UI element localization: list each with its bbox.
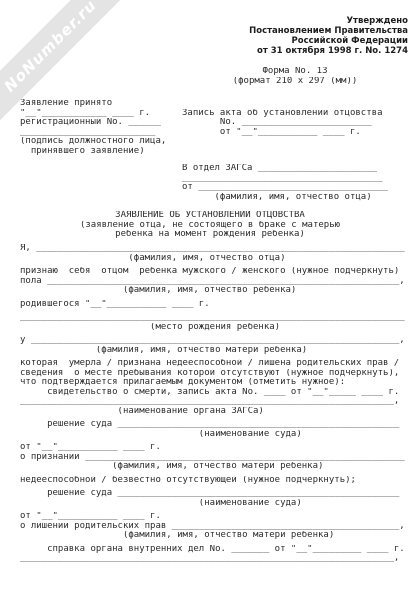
act-record-block: Запись акта об установлении отцовства No… bbox=[182, 109, 412, 138]
top-section: Заявление принято "__"____________ ____ … bbox=[20, 99, 412, 202]
child-name-caption: (фамилия, имя, отчество ребенка) bbox=[20, 286, 414, 296]
zags-addressee-block: В отдел ЗАГСа ______________________ ___… bbox=[182, 164, 412, 202]
form-subtitle: (заявление отца, не состоящего в браке с… bbox=[14, 221, 406, 231]
mother-name-caption: (фамилия, имя, отчество матери ребенка) bbox=[20, 346, 414, 356]
signature-field: _________________________ bbox=[20, 128, 182, 138]
parental-rights-field: о лишении родительских прав ____________… bbox=[20, 522, 414, 532]
father-name-caption: (фамилия, имя, отчество отца) bbox=[20, 254, 414, 264]
form-number: Форма No. 13 bbox=[190, 67, 400, 77]
form-title-block: ЗАЯВЛЕНИЕ ОБ УСТАНОВЛЕНИИ ОТЦОВСТВА (зая… bbox=[14, 211, 406, 240]
police-authority-field: ________________________________________… bbox=[20, 554, 414, 564]
birthplace-field: ________________________________________… bbox=[20, 313, 414, 323]
death-certificate-field: свидетельство о смерти, запись акта No. … bbox=[20, 388, 414, 398]
paternity-statement-line: признаю себя отцом ребенка мужского / же… bbox=[20, 267, 414, 277]
document-page: NoNumber.ru Утверждено Постановлением Пр… bbox=[0, 0, 420, 600]
acceptance-date-field: "__"____________ ____ г. bbox=[20, 109, 182, 119]
zags-office-field: В отдел ЗАГСа ______________________ bbox=[182, 164, 412, 174]
father-name-field: Я, _____________________________________… bbox=[20, 244, 414, 254]
court-name-caption: (наименование суда) bbox=[20, 499, 414, 509]
court-decision-date-field: от "__"___________ ____ г. bbox=[20, 443, 414, 453]
court-name-caption: (наименование суда) bbox=[20, 430, 414, 440]
act-record-number-field: No. ________________________ bbox=[182, 118, 412, 128]
court-decision-field: решение суда ___________________________… bbox=[20, 489, 414, 499]
approval-line: Утверждено bbox=[249, 16, 408, 26]
mother-name-field: у ______________________________________… bbox=[20, 336, 414, 346]
approval-line: от 31 октября 1998 г. No. 1274 bbox=[249, 46, 408, 56]
watermark-text: NoNumber.ru bbox=[0, 0, 99, 95]
form-subtitle: ребенка на момент рождения ребенка) bbox=[14, 230, 406, 240]
court-decision-field: решение суда ___________________________… bbox=[20, 420, 414, 430]
recognition-field: о признании ____________________________… bbox=[20, 453, 414, 463]
zags-authority-field: ________________________________________… bbox=[20, 397, 414, 407]
mother-name-caption: (фамилия, имя, отчество матери ребенка) bbox=[20, 531, 414, 541]
applicant-name-caption: (фамилия, имя, отчество отца) bbox=[182, 193, 412, 203]
zags-authority-caption: (наименование органа ЗАГСа) bbox=[20, 407, 414, 417]
child-name-field: пола ___________________________________… bbox=[20, 277, 414, 287]
police-certificate-field: справка органа внутренних дел No. ______… bbox=[20, 545, 414, 555]
incapacity-line: недееспособной / безвестно отсутствующей… bbox=[20, 476, 414, 486]
top-right-column: Запись акта об установлении отцовства No… bbox=[182, 109, 412, 203]
mother-status-line: которая умерла / признана недееспособной… bbox=[20, 359, 414, 369]
birthplace-caption: (место рождения ребенка) bbox=[20, 323, 414, 333]
acceptance-block: Заявление принято "__"____________ ____ … bbox=[20, 99, 182, 202]
signature-caption: (подпись должностного лица, bbox=[20, 137, 182, 147]
approval-header: Утверждено Постановлением Правительства … bbox=[249, 16, 408, 56]
form-title: ЗАЯВЛЕНИЕ ОБ УСТАНОВЛЕНИИ ОТЦОВСТВА bbox=[14, 211, 406, 221]
signature-caption: принявшего заявление) bbox=[20, 147, 182, 157]
approval-line: Постановлением Правительства bbox=[249, 26, 408, 36]
mother-name-caption: (фамилия, имя, отчество матери ребенка) bbox=[20, 462, 414, 472]
form-body: Я, _____________________________________… bbox=[20, 244, 414, 564]
child-birthdate-field: родившегося "__"___________ ____ г. bbox=[20, 300, 414, 310]
applicant-name-field: от ___________________________________ bbox=[182, 183, 412, 193]
act-record-date-field: от "__"___________ ____ г. bbox=[182, 128, 412, 138]
form-number-block: Форма No. 13 (формат 210 x 297 (мм)) bbox=[190, 67, 400, 86]
court-decision-date-field: от "__"___________ ____ г. bbox=[20, 512, 414, 522]
applicant-name-field: _____________________________________ bbox=[182, 174, 412, 184]
act-record-line: Запись акта об установлении отцовства bbox=[182, 109, 412, 119]
approval-line: Российской Федерации bbox=[249, 36, 408, 46]
mother-status-line: сведения о месте пребывания которой отсу… bbox=[20, 369, 414, 379]
attached-document-line: что подтверждается прилагаемым документо… bbox=[20, 378, 414, 388]
paper-format-note: (формат 210 x 297 (мм)) bbox=[190, 77, 400, 87]
acceptance-line: Заявление принято bbox=[20, 99, 182, 109]
registration-number-field: регистрационный No. ______ bbox=[20, 118, 182, 128]
